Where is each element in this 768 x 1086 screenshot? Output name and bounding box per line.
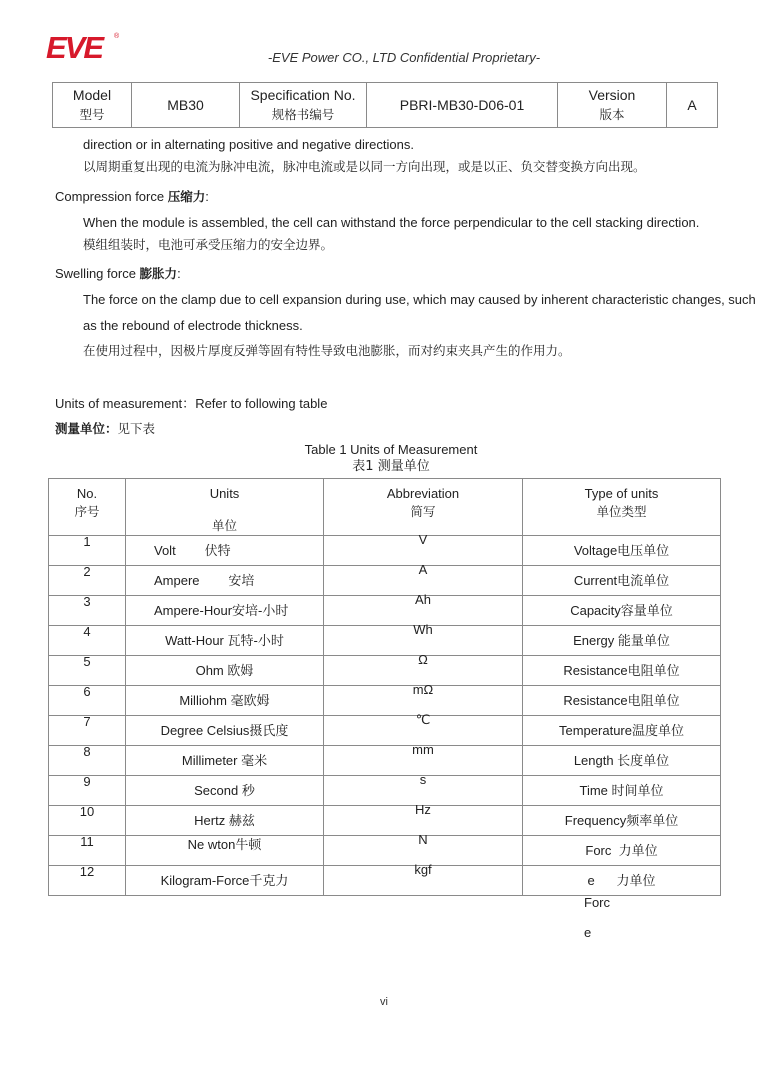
table-row: 1 Volt 伏特 V Voltage电压单位 bbox=[49, 536, 721, 566]
row-type: Resistance电阻单位 bbox=[523, 663, 720, 679]
spec-label: Specification No. 规格书编号 bbox=[240, 83, 367, 128]
row-type: Temperature温度单位 bbox=[523, 723, 720, 739]
row-type: Capacity容量单位 bbox=[523, 603, 720, 619]
row-unit: Second 秒 bbox=[126, 783, 323, 799]
pulse-definition-en: direction or in alternating positive and… bbox=[83, 136, 414, 153]
row-abbreviation: Hz bbox=[324, 803, 522, 817]
row-unit: Millimeter 毫米 bbox=[126, 753, 323, 769]
swelling-force-en-line2: as the rebound of electrode thickness. bbox=[83, 317, 303, 334]
row-no: 2 bbox=[49, 565, 125, 579]
swelling-force-zh: 在使用过程中，因极片厚度反弹等固有特性导致电池膨胀，而对约束夹具产生的作用力。 bbox=[83, 342, 571, 359]
version-label: Version 版本 bbox=[558, 83, 667, 128]
row-type: Current电流单位 bbox=[523, 573, 720, 589]
row-unit: Ohm 欧姆 bbox=[126, 663, 323, 679]
row-type: Length 长度单位 bbox=[523, 753, 720, 769]
overflow-text-line1: Forc bbox=[584, 895, 610, 910]
registered-mark: ® bbox=[114, 33, 119, 40]
swelling-force-heading: Swelling force 膨胀力: bbox=[55, 265, 181, 282]
row-type: Time 时间单位 bbox=[523, 783, 720, 799]
row-abbreviation: Wh bbox=[324, 623, 522, 637]
table-row: 3 Ampere-Hour安培-小时 Ah Capacity容量单位 bbox=[49, 596, 721, 626]
row-no: 1 bbox=[49, 535, 125, 549]
row-no: 3 bbox=[49, 595, 125, 609]
table-row: 6 Milliohm 毫欧姆 mΩ Resistance电阻单位 bbox=[49, 686, 721, 716]
row-unit: Ampere 安培 bbox=[126, 573, 323, 589]
row-unit: Volt 伏特 bbox=[126, 543, 323, 559]
row-type: e 力单位 bbox=[523, 873, 720, 889]
compression-force-zh: 模组组装时，电池可承受压缩力的安全边界。 bbox=[83, 236, 333, 253]
row-no: 8 bbox=[49, 745, 125, 759]
row-type: Energy 能量单位 bbox=[523, 633, 720, 649]
model-value: MB30 bbox=[132, 83, 240, 128]
header-abbreviation: Abbreviation 简写 bbox=[324, 479, 523, 536]
row-abbreviation: s bbox=[324, 773, 522, 787]
spec-value: PBRI-MB30-D06-01 bbox=[367, 83, 558, 128]
row-abbreviation: mΩ bbox=[324, 683, 522, 697]
row-unit: Ampere-Hour安培-小时 bbox=[126, 603, 323, 619]
row-no: 11 bbox=[49, 835, 125, 849]
table-row: 2 Ampere 安培 A Current电流单位 bbox=[49, 566, 721, 596]
header-units: Units 单位 bbox=[126, 479, 324, 536]
row-abbreviation: ℃ bbox=[324, 713, 522, 727]
row-type: Resistance电阻单位 bbox=[523, 693, 720, 709]
table-row: 4 Watt-Hour 瓦特-小时 Wh Energy 能量单位 bbox=[49, 626, 721, 656]
row-unit: Watt-Hour 瓦特-小时 bbox=[126, 633, 323, 649]
table-row: 12 Kilogram-Force千克力 kgf e 力单位 bbox=[49, 866, 721, 896]
table-caption-zh: 表1 测量单位 bbox=[0, 458, 768, 475]
row-no: 5 bbox=[49, 655, 125, 669]
compression-force-heading: Compression force 压缩力: bbox=[55, 188, 209, 205]
row-no: 10 bbox=[49, 805, 125, 819]
table-row: 7 Degree Celsius摄氏度 ℃ Temperature温度单位 bbox=[49, 716, 721, 746]
row-abbreviation: Ah bbox=[324, 593, 522, 607]
row-no: 9 bbox=[49, 775, 125, 789]
header-no: No. 序号 bbox=[49, 479, 126, 536]
row-abbreviation: mm bbox=[324, 743, 522, 757]
row-unit: Kilogram-Force千克力 bbox=[126, 873, 323, 889]
pulse-definition-zh: 以周期重复出现的电流为脉冲电流，脉冲电流或是以同一方向出现，或是以正、负交替变换… bbox=[83, 158, 646, 175]
table-row: 11 Ne wton牛顿 N Forc 力单位 bbox=[49, 836, 721, 866]
table-caption-en: Table 1 Units of Measurement bbox=[0, 441, 768, 458]
version-value: A bbox=[667, 83, 718, 128]
row-abbreviation: kgf bbox=[324, 863, 522, 877]
document-info-table: Model 型号 MB30 Specification No. 规格书编号 PB… bbox=[52, 82, 718, 128]
row-unit: Hertz 赫兹 bbox=[126, 813, 323, 829]
table-row: 8 Millimeter 毫米 mm Length 长度单位 bbox=[49, 746, 721, 776]
table-row: 5 Ohm 欧姆 Ω Resistance电阻单位 bbox=[49, 656, 721, 686]
row-type: Forc 力单位 bbox=[523, 843, 720, 859]
model-label: Model 型号 bbox=[53, 83, 132, 128]
row-abbreviation: N bbox=[324, 833, 522, 847]
row-unit: Degree Celsius摄氏度 bbox=[126, 723, 323, 739]
units-intro-en: Units of measurement：Refer to following … bbox=[55, 395, 327, 412]
row-unit: Milliohm 毫欧姆 bbox=[126, 693, 323, 709]
compression-force-en: When the module is assembled, the cell c… bbox=[83, 214, 699, 231]
units-intro-zh: 测量单位：见下表 bbox=[55, 420, 155, 437]
header-type: Type of units 单位类型 bbox=[523, 479, 721, 536]
row-type: Frequency频率单位 bbox=[523, 813, 720, 829]
table-row: 10 Hertz 赫兹 Hz Frequency频率单位 bbox=[49, 806, 721, 836]
row-no: 4 bbox=[49, 625, 125, 639]
row-type: Voltage电压单位 bbox=[523, 543, 720, 559]
page-number: vi bbox=[0, 996, 768, 1008]
row-abbreviation: V bbox=[324, 533, 522, 547]
row-no: 12 bbox=[49, 865, 125, 879]
row-no: 7 bbox=[49, 715, 125, 729]
table-header-row: No. 序号 Units 单位 Abbreviation 简写 Type of … bbox=[49, 479, 721, 536]
swelling-force-en-line1: The force on the clamp due to cell expan… bbox=[83, 291, 756, 308]
units-of-measurement-table: No. 序号 Units 单位 Abbreviation 简写 Type of … bbox=[48, 478, 721, 896]
overflow-text-line2: e bbox=[584, 925, 591, 940]
confidential-notice: -EVE Power CO., LTD Confidential Proprie… bbox=[0, 50, 768, 65]
row-abbreviation: A bbox=[324, 563, 522, 577]
table-row: 9 Second 秒 s Time 时间单位 bbox=[49, 776, 721, 806]
row-abbreviation: Ω bbox=[324, 653, 522, 667]
row-no: 6 bbox=[49, 685, 125, 699]
row-unit: Ne wton牛顿 bbox=[126, 837, 323, 853]
